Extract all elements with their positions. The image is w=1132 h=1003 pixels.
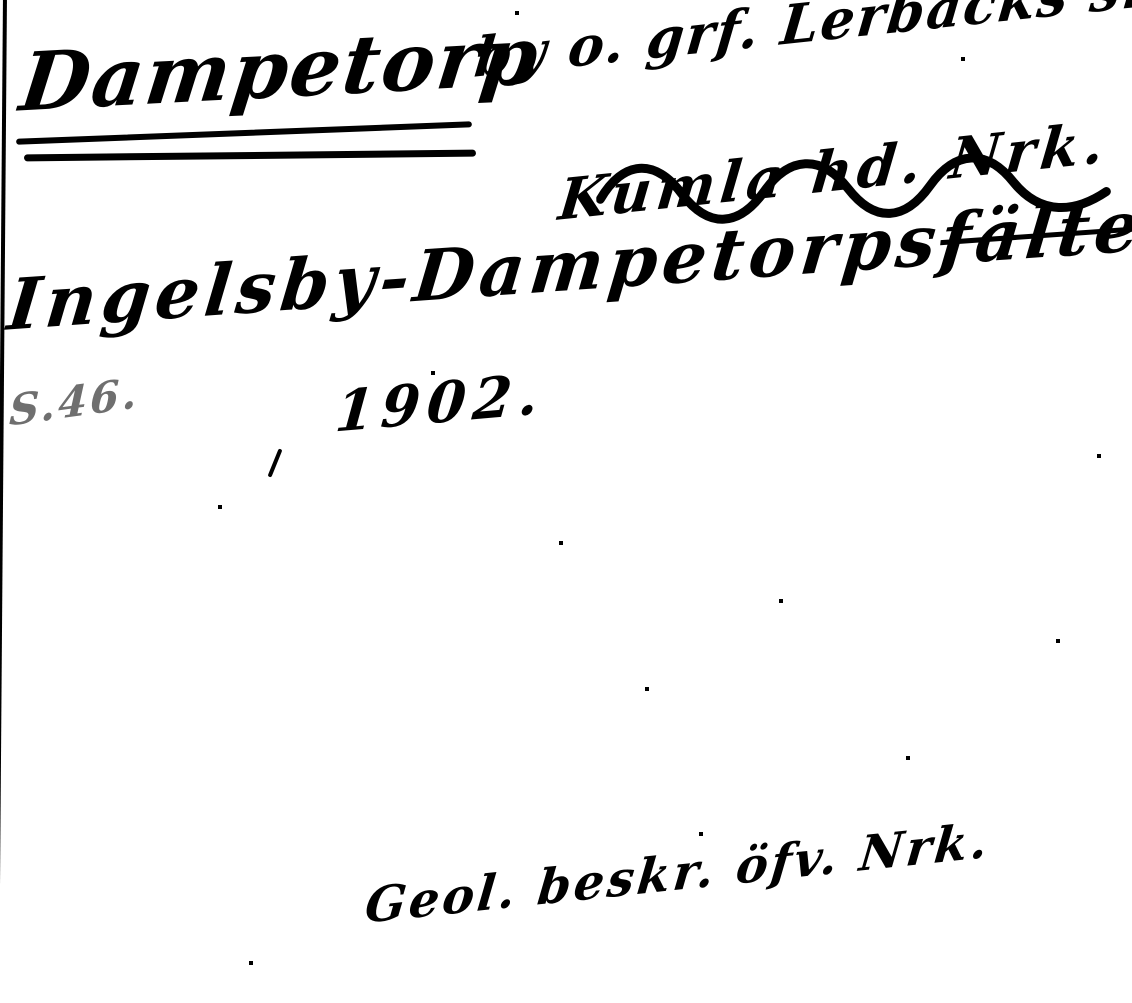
year-label: 1902. bbox=[333, 366, 548, 441]
place-name-title: Dampetorp bbox=[16, 15, 544, 123]
stray-ink-mark bbox=[268, 448, 283, 477]
scan-noise-speckles bbox=[0, 0, 2, 2]
scan-edge-line bbox=[0, 0, 7, 1003]
scanned-archive-card: Dampetorp by o. grf. Lerbäcks sn. Kumla … bbox=[0, 0, 1132, 1003]
field-name-plain: Ingelsby-Dampetorps bbox=[4, 198, 945, 347]
title-underline-secondary bbox=[24, 150, 476, 162]
page-reference: S.46. bbox=[9, 372, 141, 433]
parish-annotation: by o. grf. Lerbäcks sn. bbox=[472, 0, 1132, 85]
field-name-struck: fältet bbox=[936, 181, 1132, 282]
footer-reference: Geol. beskr. öfv. Nrk. bbox=[363, 816, 993, 930]
